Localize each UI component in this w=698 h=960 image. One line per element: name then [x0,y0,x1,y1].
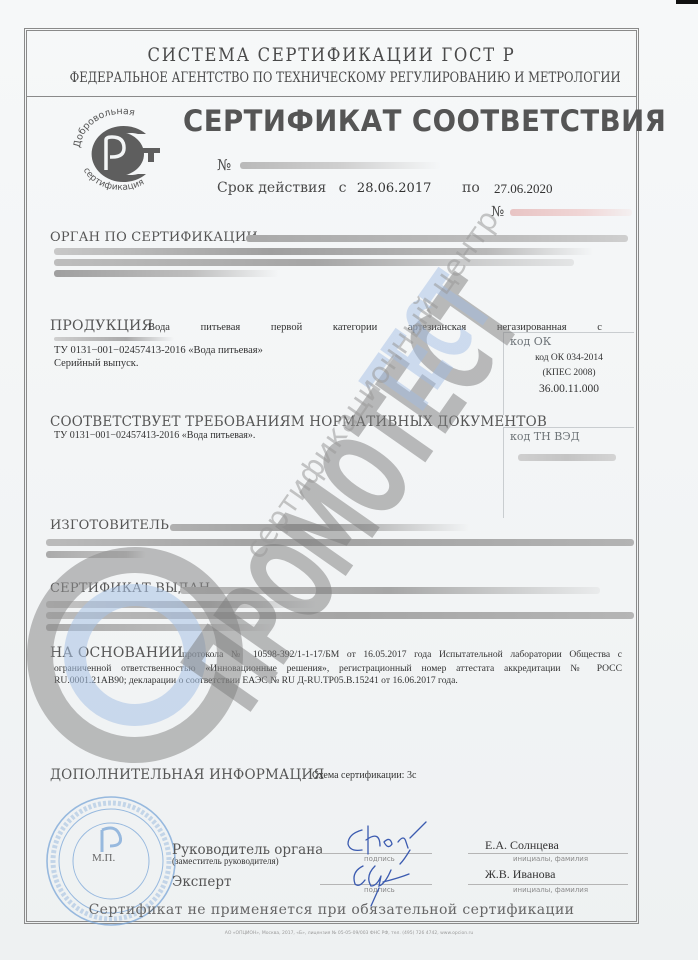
ok-code-classifier: код ОК 034-2014 [504,353,634,363]
header-divider [27,96,636,97]
product-word: первой [271,322,302,333]
validity-row: Срок действия с 28.06.2017 [217,180,431,196]
certification-body-heading: ОРГАН ПО СЕРТИФИКАЦИИ [50,230,258,245]
manufacturer-redacted-2 [46,539,634,546]
scan-edge-mark [676,0,698,4]
additional-info-value: Схема сертификации: 3с [312,770,416,781]
validity-from-label: с [339,180,347,196]
head-name-line [468,853,628,854]
ok-code-label: код ОК [510,335,551,348]
head-subtitle: (заместитель руководителя) [172,856,279,866]
ok-code-edition: (КПЕС 2008) [504,368,634,378]
validity-to-label: по [462,180,480,196]
compliance-heading: СООТВЕТСТВУЕТ ТРЕБОВАНИЯМ НОРМАТИВНЫХ ДО… [50,414,547,430]
validity-label: Срок действия [217,180,326,196]
basis-heading: НА ОСНОВАНИИ [50,645,183,661]
certificate-page: СИСТЕМА СЕРТИФИКАЦИИ ГОСТ Р ФЕДЕРАЛЬНОЕ … [0,0,698,960]
basis-line-3: RU.0001.21АВ90; декларации о соответстви… [54,675,458,686]
expert-signature-icon [345,858,415,908]
product-word: категории [333,322,377,333]
product-line-2: ТУ 0131−001−02457413-2016 «Вода питьевая… [54,345,263,356]
certificate-number-label: № [217,156,231,174]
blank-number-redacted [510,209,632,216]
product-word: Вода [148,322,170,333]
expert-title: Эксперт [172,874,231,890]
basis-line-2: ограниченной ответственностью «Инновацио… [54,663,622,674]
expert-name-caption: инициалы, фамилия [513,886,588,894]
head-name: Е.А. Солнцева [485,838,559,853]
tn-ved-code-redacted [518,454,616,461]
additional-info-heading: ДОПОЛНИТЕЛЬНАЯ ИНФОРМАЦИЯ [50,767,325,783]
compliance-value: ТУ 0131−001−02457413-2016 «Вода питьевая… [54,430,255,441]
product-line-3: Серийный выпуск. [54,358,138,369]
certification-body-redacted-4 [54,270,279,277]
product-word: питьевая [201,322,241,333]
issued-to-redacted-3 [46,612,634,619]
valid-to-date: 27.06.2020 [494,181,553,197]
manufacturer-redacted-1 [170,524,470,531]
issued-to-redacted-4 [46,624,276,631]
certificate-number-redacted [240,162,440,169]
product-heading: ПРОДУКЦИЯ [50,318,153,334]
tn-ved-code-label: код ТН ВЭД [510,430,580,443]
footer-note: Сертификат не применяется при обязательн… [27,902,636,918]
issued-to-redacted-1 [180,587,600,594]
product-word: артезианская [408,322,466,333]
manufacturer-redacted-3 [46,551,146,558]
tn-ved-code-box: код ТН ВЭД [503,427,634,518]
head-name-caption: инициалы, фамилия [513,855,588,863]
manufacturer-heading: ИЗГОТОВИТЕЛЬ [50,518,169,533]
system-title: СИСТЕМА СЕРТИФИКАЦИИ ГОСТ Р [70,44,594,66]
stamp-label: М.П. [92,852,115,864]
issued-to-redacted-2 [46,601,316,608]
ok-code-value: 36.00.11.000 [504,383,634,395]
rst-voluntary-certification-logo-icon: Добровольная сертификация [66,108,176,200]
certification-body-redacted-1 [246,235,628,242]
agency-title: ФЕДЕРАЛЬНОЕ АГЕНТСТВО ПО ТЕХНИЧЕСКОМУ РЕ… [70,70,594,86]
certificate-title: СЕРТИФИКАТ СООТВЕТСТВИЯ [183,104,666,138]
blank-number-label: № [491,204,504,220]
printer-imprint: АО «ОПЦИОН», Москва, 2017, «Б», лицензия… [0,931,698,936]
ok-code-box: код ОК код ОК 034-2014 (КПЕС 2008) 36.00… [503,332,634,415]
certification-body-redacted-2 [54,248,594,255]
expert-name-line [468,884,628,885]
basis-line-1: протокола № 10598-392/1-1-17/БМ от 16.05… [182,649,622,660]
expert-name: Ж.В. Иванова [485,867,556,882]
certification-body-redacted-3 [54,259,574,266]
product-underline [54,337,174,341]
valid-from-date: 28.06.2017 [357,181,431,196]
